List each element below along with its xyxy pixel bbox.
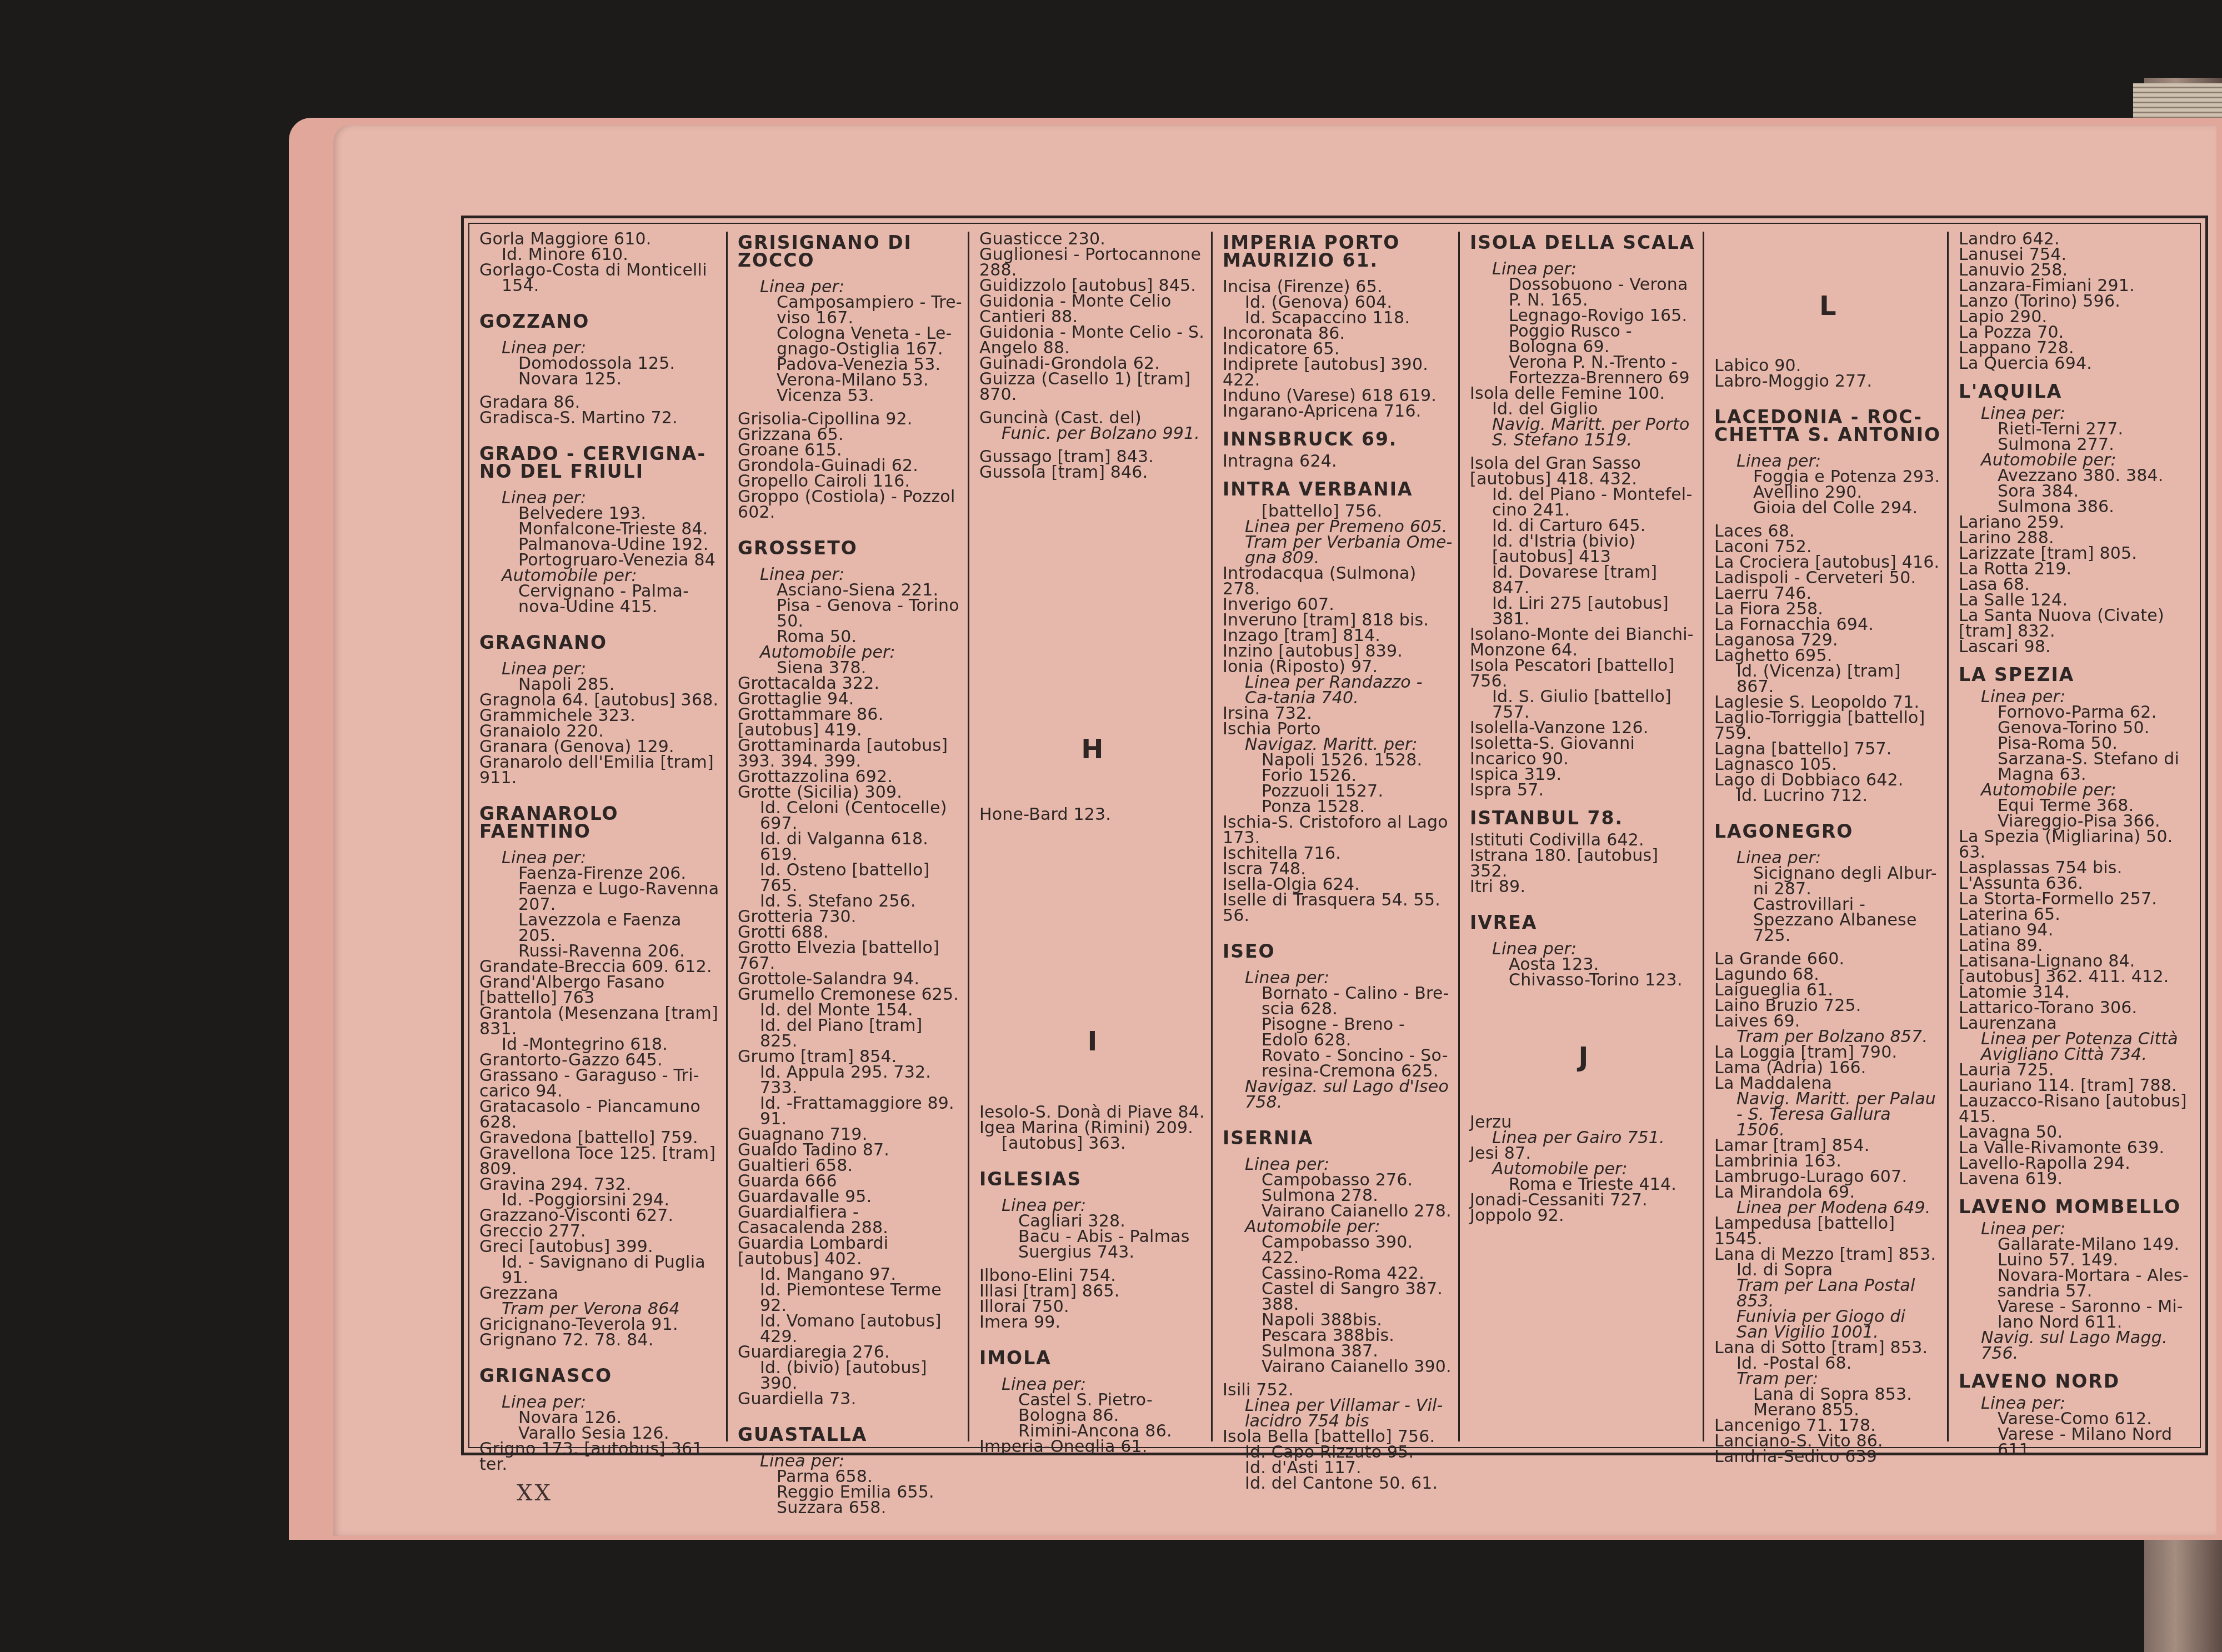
alphabet-letter-heading: L — [1714, 298, 1941, 314]
index-entry: Poggio Rusco - Bologna 69. — [1470, 324, 1697, 355]
index-entry: Id. di Valganna 618. 619. — [738, 832, 962, 863]
index-entry: Id. Piemontese Terme 92. — [738, 1283, 962, 1314]
index-entry: Grottammare 86. [autobus] 419. — [738, 707, 962, 738]
index-entry: Id. (Vicenza) [tram] 867. — [1714, 664, 1941, 695]
section-heading: LACEDONIA - ROC-CHETTA S. ANTONIO — [1714, 408, 1941, 444]
route-label: Navig. sul Lago Magg. 756. — [1959, 1330, 2203, 1361]
index-entry: Imperia-Oneglia 61. — [979, 1439, 1205, 1455]
index-entry: Guglionesi - Portocannone 288. — [979, 247, 1205, 278]
route-label: Tram per Lana Postal 853. — [1714, 1278, 1941, 1309]
index-entry: Ispra 57. — [1470, 783, 1697, 798]
index-entry: Gioia del Colle 294. — [1714, 500, 1941, 516]
route-label: Linea per Potenza Città Avigliano Città … — [1959, 1032, 2203, 1063]
index-frame: Gorla Maggiore 610.Id. Minore 610.Gorlag… — [461, 216, 2208, 1455]
index-entry: Id. del Piano [tram] 825. — [738, 1018, 962, 1049]
section-heading: GRAGNANO — [479, 634, 720, 652]
index-entry: Id. S. Giulio [battello] 757. — [1470, 689, 1697, 720]
index-entry: Gratacasolo - Piancamuno 628. — [479, 1099, 720, 1130]
index-entry: Gradisca-S. Martino 72. — [479, 411, 720, 426]
index-column-7: Landro 642.Lanusei 754.Lanuvio 258.Lanza… — [1947, 232, 2208, 1441]
index-entry: Labro-Moggio 277. — [1714, 374, 1941, 389]
index-entry: Id. Lucrino 712. — [1714, 788, 1941, 804]
section-heading: LAGONEGRO — [1714, 823, 1941, 840]
section-heading: INNSBRUCK 69. — [1223, 430, 1453, 448]
index-entry: Intragna 624. — [1223, 454, 1453, 469]
index-entry: Rovato - Soncino - So-resina-Cremona 625… — [1223, 1048, 1453, 1079]
index-entry: Lavena 619. — [1959, 1172, 2203, 1187]
index-entry: Grantola (Mesenzana [tram] 831. — [479, 1006, 720, 1037]
index-entry: Guardiella 73. — [738, 1391, 962, 1407]
section-heading: GRADO - CERVIGNA-NO DEL FRIULI — [479, 445, 720, 480]
index-entry: Laglio-Torriggia [battello] 759. — [1714, 710, 1941, 742]
index-entry: Varese - Milano Nord 611. — [1959, 1427, 2203, 1458]
index-entry: Joppolo 92. — [1470, 1208, 1697, 1224]
index-entry: Gussola [tram] 846. — [979, 465, 1205, 480]
index-entry: Cervignano - Palma-nova-Udine 415. — [479, 584, 720, 615]
index-entry: Avezzano 380. 384. — [1959, 468, 2203, 484]
section-heading: LA SPEZIA — [1959, 666, 2203, 684]
index-entry: Pisa - Genova - Torino 50. — [738, 598, 962, 629]
index-entry: Suzzara 658. — [738, 1500, 962, 1516]
index-entry: Id. d'Istria (bivio) [autobus] 413 — [1470, 534, 1697, 565]
index-entry: Faenza e Lugo-Ravenna 207. — [479, 882, 720, 913]
index-entry: 154. — [479, 278, 720, 294]
route-label: Funic. per Bolzano 991. — [979, 426, 1205, 442]
index-entry: Groppo (Costiola) - Pozzol 602. — [738, 489, 962, 520]
index-entry: Bacu - Abis - Palmas Suergius 743. — [979, 1229, 1205, 1260]
index-entry: Hone-Bard 123. — [979, 807, 1205, 823]
route-label: Navig. Maritt. per Palau - S. Teresa Gal… — [1714, 1092, 1941, 1138]
index-entry: Ingarano-Apricena 716. — [1223, 404, 1453, 419]
index-entry: Isola del Gran Sasso [autobus] 418. 432. — [1470, 456, 1697, 487]
index-entry: Id. Osteno [battello] 765. — [738, 863, 962, 894]
section-heading: ISEO — [1223, 943, 1453, 960]
route-label: Linea per Randazzo - Ca-tania 740. — [1223, 675, 1453, 706]
index-entry: Isola Pescatori [battello] 756. — [1470, 658, 1697, 689]
index-column-3: Guasticce 230.Guglionesi - Portocannone … — [968, 232, 1211, 1441]
index-entry: Latisana-Lignano 84. [autobus] 362. 411.… — [1959, 954, 2203, 985]
index-entry: Granarolo dell'Emilia [tram] 911. — [479, 755, 720, 786]
section-heading: GRISIGNANO DI ZOCCO — [738, 234, 962, 269]
index-entry: Introdacqua (Sulmona) 278. — [1223, 566, 1453, 597]
index-entry: Guardia Lombardi [autobus] 402. — [738, 1236, 962, 1267]
index-entry: Id. Liri 275 [autobus] 381. — [1470, 596, 1697, 627]
index-entry: Ischia-S. Cristoforo al Lago 173. — [1223, 815, 1453, 846]
index-entry: Chivasso-Torino 123. — [1470, 973, 1697, 988]
section-heading: GROSSETO — [738, 539, 962, 557]
index-entry: Campobasso 390. 422. — [1223, 1235, 1453, 1266]
index-entry: Lascari 98. — [1959, 639, 2203, 655]
index-entry: Novara-Mortara - Ales-sandria 57. — [1959, 1268, 2203, 1299]
index-entry: Grassano - Garaguso - Tri-carico 94. — [479, 1068, 720, 1099]
alphabet-letter-heading: J — [1470, 1049, 1697, 1065]
section-heading: ISOLA DELLA SCALA — [1470, 234, 1697, 252]
index-entry: La Spezia (Migliarina) 50. 63. — [1959, 829, 2203, 860]
index-entry: La Santa Nuova (Civate) [tram] 832. — [1959, 608, 2203, 639]
section-heading: GRANAROLO FAENTINO — [479, 805, 720, 840]
index-entry: Id. Celoni (Centocelle) 697. — [738, 800, 962, 832]
index-entry: Verona P. N.-Trento - Fortezza-Brennero … — [1470, 355, 1697, 386]
index-entry: [autobus] 363. — [979, 1136, 1205, 1152]
index-entry: Castel S. Pietro-Bologna 86. — [979, 1393, 1205, 1424]
index-entry: Dossobuono - Verona P. N. 165. — [1470, 277, 1697, 308]
index-entry: Landria-Sedico 639 — [1714, 1449, 1941, 1465]
section-heading: INTRA VERBANIA — [1223, 480, 1453, 498]
route-label: Navigaz. sul Lago d'Iseo 758. — [1223, 1079, 1453, 1110]
index-entry: Varese - Saronno - Mi-lano Nord 611. — [1959, 1299, 2203, 1330]
index-entry: Cologna Veneta - Le-gnago-Ostiglia 167. — [738, 326, 962, 357]
index-entry: Sicignano degli Albur-ni 287. — [1714, 866, 1941, 897]
route-label: Funivia per Giogo di San Vigilio 1001. — [1714, 1309, 1941, 1340]
index-frame-inner: Gorla Maggiore 610.Id. Minore 610.Gorlag… — [468, 223, 2201, 1448]
section-heading: GRIGNASCO — [479, 1367, 720, 1385]
index-entry: Grigno 173. [autobus] 361 ter. — [479, 1441, 720, 1473]
index-entry: Grignano 72. 78. 84. — [479, 1333, 720, 1348]
index-entry: Lampedusa [battello] 1545. — [1714, 1216, 1941, 1247]
section-heading: LAVENO MOMBELLO — [1959, 1198, 2203, 1216]
index-entry: Itri 89. — [1470, 879, 1697, 895]
route-label: Navig. Maritt. per Porto S. Stefano 1519… — [1470, 417, 1697, 448]
index-entry: Sarzana-S. Stefano di Magna 63. — [1959, 752, 2203, 783]
index-entry: Guardialfiera - Casacalenda 288. — [738, 1205, 962, 1236]
index-column-6: LLabico 90.Labro-Moggio 277.LACEDONIA - … — [1703, 232, 1947, 1441]
section-heading: ISTANBUL 78. — [1470, 809, 1697, 827]
index-entry: Id. del Piano - Montefel-cino 241. — [1470, 487, 1697, 518]
section-heading: IVREA — [1470, 914, 1697, 932]
index-entry: Isolano-Monte dei Bianchi-Monzone 64. — [1470, 627, 1697, 658]
index-entry: Guidonia - Monte Celio - S. Angelo 88. — [979, 325, 1205, 356]
index-entry: Id. del Cantone 50. 61. — [1223, 1476, 1453, 1491]
page-number: XX — [517, 1480, 553, 1506]
index-entry: Lavezzola e Faenza 205. — [479, 913, 720, 944]
index-entry: Grottaminarda [autobus] 393. 394. 399. — [738, 738, 962, 769]
index-entry: Imera 99. — [979, 1315, 1205, 1330]
index-entry: Id. Dovarese [tram] 847. — [1470, 565, 1697, 596]
index-column-2: GRISIGNANO DI ZOCCOLinea per:Camposampie… — [726, 232, 968, 1441]
index-entry: Novara 125. — [479, 372, 720, 387]
index-entry: Id. Vomano [autobus] 429. — [738, 1314, 962, 1345]
index-entry: Id. -Frattamaggiore 89. 91. — [738, 1096, 962, 1127]
index-entry: Guidonia - Monte Celio Cantieri 88. — [979, 294, 1205, 325]
section-heading: IMOLA — [979, 1349, 1205, 1367]
index-entry: Iselle di Trasquera 54. 55. 56. — [1223, 893, 1453, 924]
index-entry: Id. - Savignano di Puglia 91. — [479, 1255, 720, 1286]
route-label: Linea per Villamar - Vil-lacidro 754 bis — [1223, 1398, 1453, 1429]
index-entry: Istrana 180. [autobus] 352. — [1470, 848, 1697, 879]
section-heading: ISERNIA — [1223, 1129, 1453, 1147]
section-heading: IGLESIAS — [979, 1170, 1205, 1188]
index-entry: Indiprete [autobus] 390. 422. — [1223, 357, 1453, 388]
index-entry: Castrovillari - Spezzano Albanese 725. — [1714, 897, 1941, 944]
index-entry: Vicenza 53. — [738, 388, 962, 404]
index-column-5: ISOLA DELLA SCALALinea per:Dossobuono - … — [1458, 232, 1703, 1441]
section-heading: LAVENO NORD — [1959, 1373, 2203, 1390]
index-entry: Isoletta-S. Giovanni Incarico 90. — [1470, 736, 1697, 767]
index-entry: Castel di Sangro 387. 388. — [1223, 1281, 1453, 1313]
index-entry: Id. Appula 295. 732. 733. — [738, 1065, 962, 1096]
section-heading: GOZZANO — [479, 313, 720, 331]
index-entry: La Quercia 694. — [1959, 356, 2203, 372]
section-heading: IMPERIA PORTO MAURIZIO 61. — [1223, 234, 1453, 269]
index-entry: Id. (bivio) [autobus] 390. — [738, 1360, 962, 1391]
index-entry: Vairano Caianello 390. — [1223, 1359, 1453, 1375]
section-heading: L'AQUILA — [1959, 383, 2203, 401]
index-column-4: IMPERIA PORTO MAURIZIO 61.Incisa (Firenz… — [1211, 232, 1458, 1441]
index-entry: Pisogne - Breno - Edolo 628. — [1223, 1017, 1453, 1048]
index-entry: Bornato - Calino - Bre-scia 628. — [1223, 986, 1453, 1017]
index-entry: Gravellona Toce 125. [tram] 809. — [479, 1146, 720, 1177]
index-entry: Grotto Elvezia [battello] 767. — [738, 940, 962, 972]
index-entry: Grand'Albergo Fasano [battello] 763 — [479, 975, 720, 1006]
alphabet-letter-heading: H — [979, 742, 1205, 757]
route-label: Tram per Verbania Ome-gna 809. — [1223, 535, 1453, 566]
index-entry: Camposampiero - Tre-viso 167. — [738, 295, 962, 326]
index-entry: Guizza (Casello 1) [tram] 870. — [979, 372, 1205, 403]
section-heading: GUASTALLA — [738, 1426, 962, 1444]
index-column-1: Gorla Maggiore 610.Id. Minore 610.Gorlag… — [469, 232, 726, 1441]
index-entry: Lauzacco-Risano [autobus] 415. — [1959, 1094, 2203, 1125]
alphabet-letter-heading: I — [979, 1034, 1205, 1049]
